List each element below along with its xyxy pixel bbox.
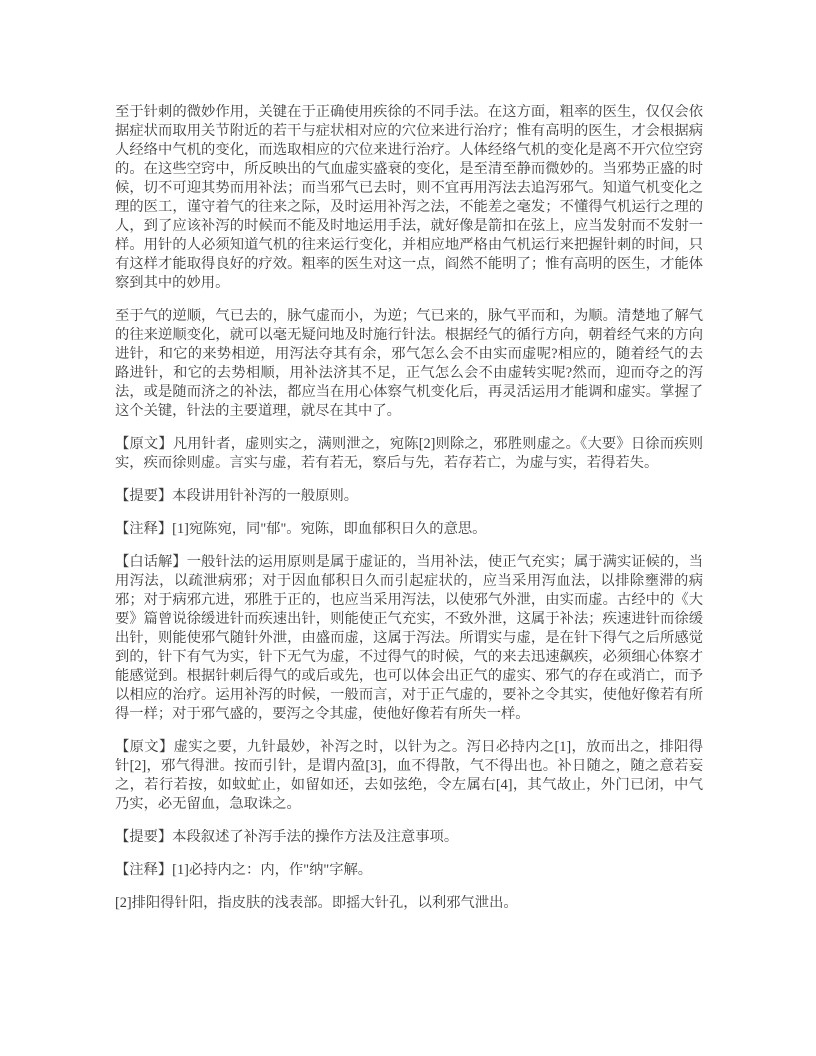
tiyao-section-2: 【提要】本段叙述了补泻手法的操作方法及注意事项。	[115, 828, 703, 847]
zhushi-section-2-note-1: 【注释】[1]必持内之：内，作"纳"字解。	[115, 861, 703, 880]
yuanwen-section-2: 【原文】虚实之要，九针最妙，补泻之时，以针为之。泻日必持内之[1]，放而出之，排…	[115, 738, 703, 814]
translation-paragraph-1: 至于针刺的微妙作用，关键在于正确使用疾徐的不同手法。在这方面，粗率的医生，仅仅会…	[115, 103, 703, 293]
baihuajie-section: 【白话解】一般针法的运用原则是属于虚证的，当用补法，使正气充实；属于满实证候的，…	[115, 553, 703, 724]
zhushi-section-2-note-2: [2]排阳得针阳，指皮肤的浅表部。即摇大针孔，以利邪气泄出。	[115, 894, 703, 913]
tiyao-section-1: 【提要】本段讲用针补泻的一般原则。	[115, 487, 703, 506]
book-page: 至于针刺的微妙作用，关键在于正确使用疾徐的不同手法。在这方面，粗率的医生，仅仅会…	[0, 0, 816, 1056]
zhushi-section-1: 【注释】[1]宛陈宛，同"郁"。宛陈，即血郁积日久的意思。	[115, 520, 703, 539]
text-column: 至于针刺的微妙作用，关键在于正确使用疾徐的不同手法。在这方面，粗率的医生，仅仅会…	[115, 103, 703, 927]
yuanwen-section-1: 【原文】凡用针者，虚则实之，满则泄之，宛陈[2]则除之，邪胜则虚之。《大要》日徐…	[115, 435, 703, 473]
translation-paragraph-2: 至于气的逆顺，气已去的，脉气虚而小，为逆；气已来的，脉气平而和，为顺。清楚地了解…	[115, 307, 703, 421]
